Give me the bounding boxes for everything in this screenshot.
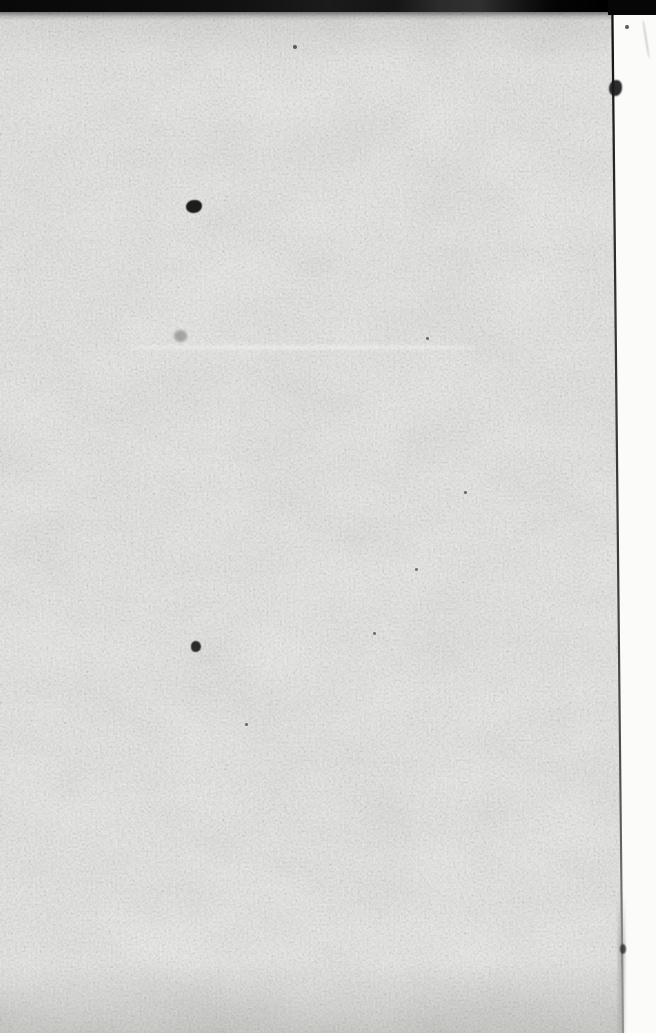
paper-speck-1 [293, 45, 297, 49]
page-edge-blob-bottom [620, 944, 626, 954]
ink-spot-2-faded [174, 330, 187, 342]
paper-speck-5 [373, 632, 376, 635]
paper-speck-4 [415, 568, 418, 571]
page-edge-blob-top [609, 80, 622, 96]
scanned-page [0, 0, 656, 1033]
margin-wisp [642, 20, 650, 58]
light-pressure-streak [128, 346, 478, 349]
paper-speck-6 [426, 337, 429, 340]
ink-spot-1 [186, 200, 202, 213]
paper-speck-3 [464, 491, 467, 494]
ink-spot-3 [191, 641, 201, 652]
paper-speck-2 [245, 723, 248, 726]
artifact-layer [0, 0, 656, 1033]
margin-speck [625, 25, 629, 29]
